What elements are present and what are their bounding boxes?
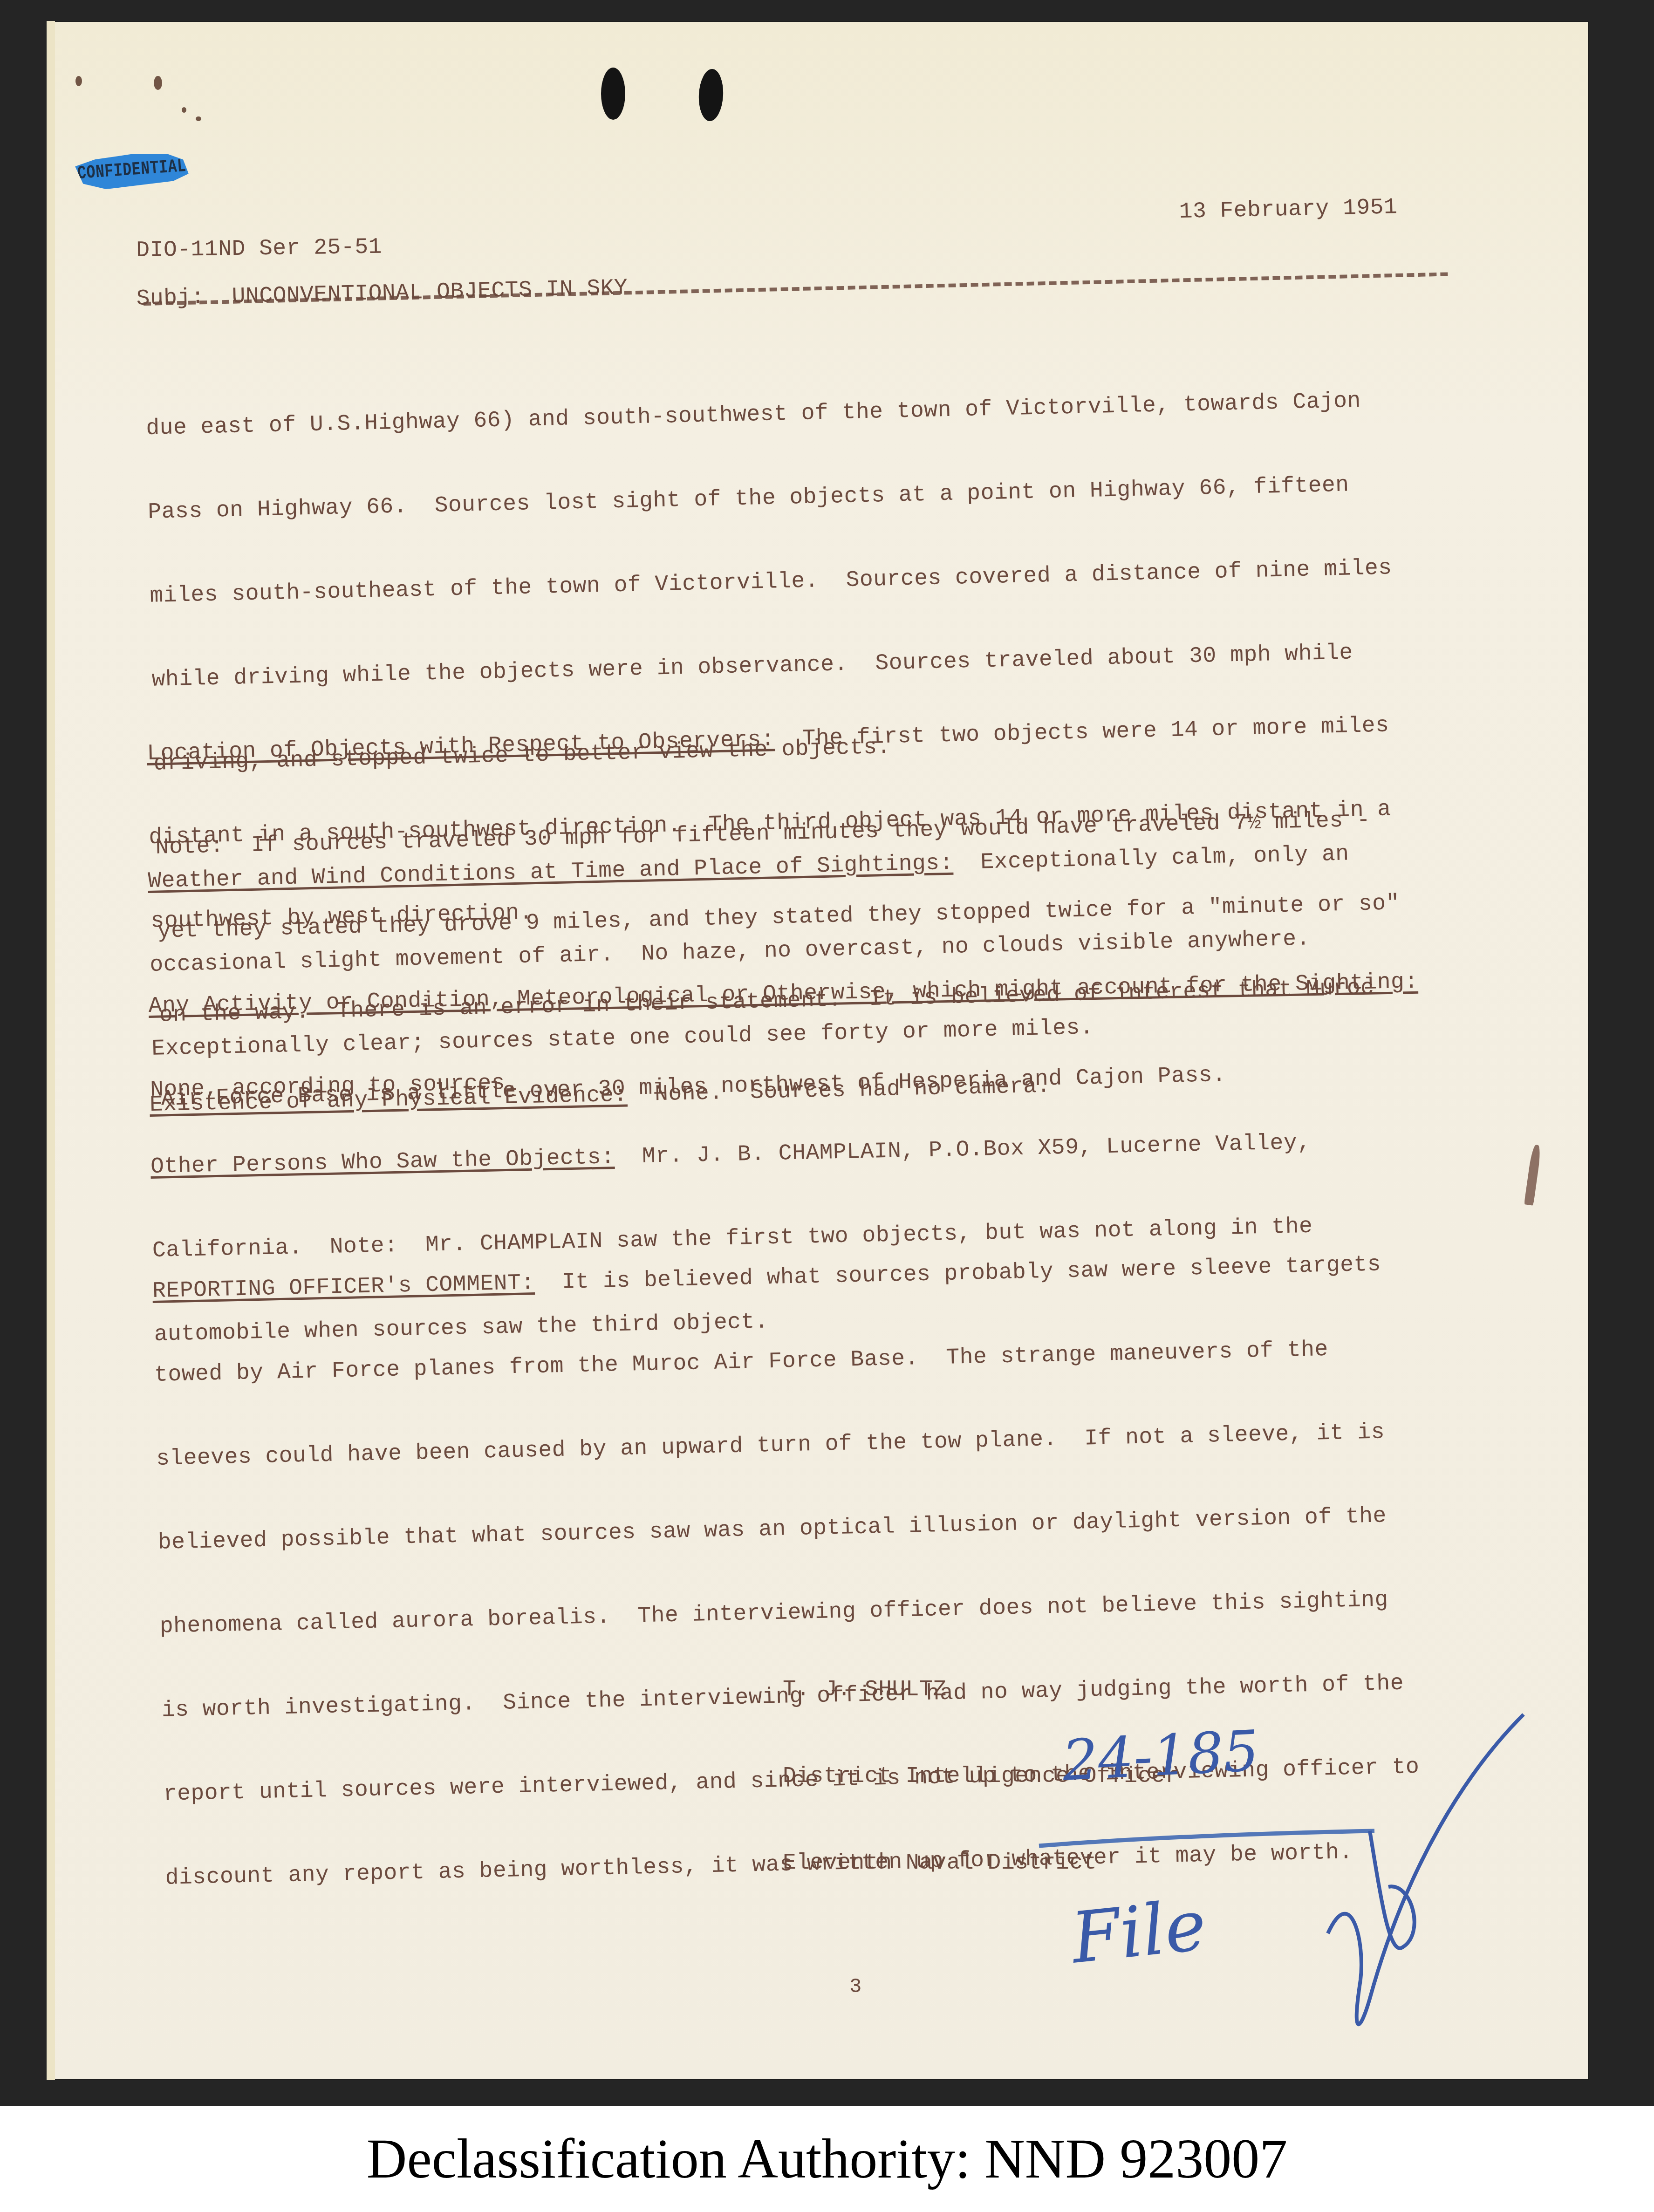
declassification-footer: Declassification Authority: NND 923007 (0, 2106, 1654, 2212)
declassification-authority: Declassification Authority: NND 923007 (367, 2127, 1287, 2191)
page-number: 3 (849, 1973, 862, 2001)
handwritten-initials-icon (0, 0, 1654, 2106)
